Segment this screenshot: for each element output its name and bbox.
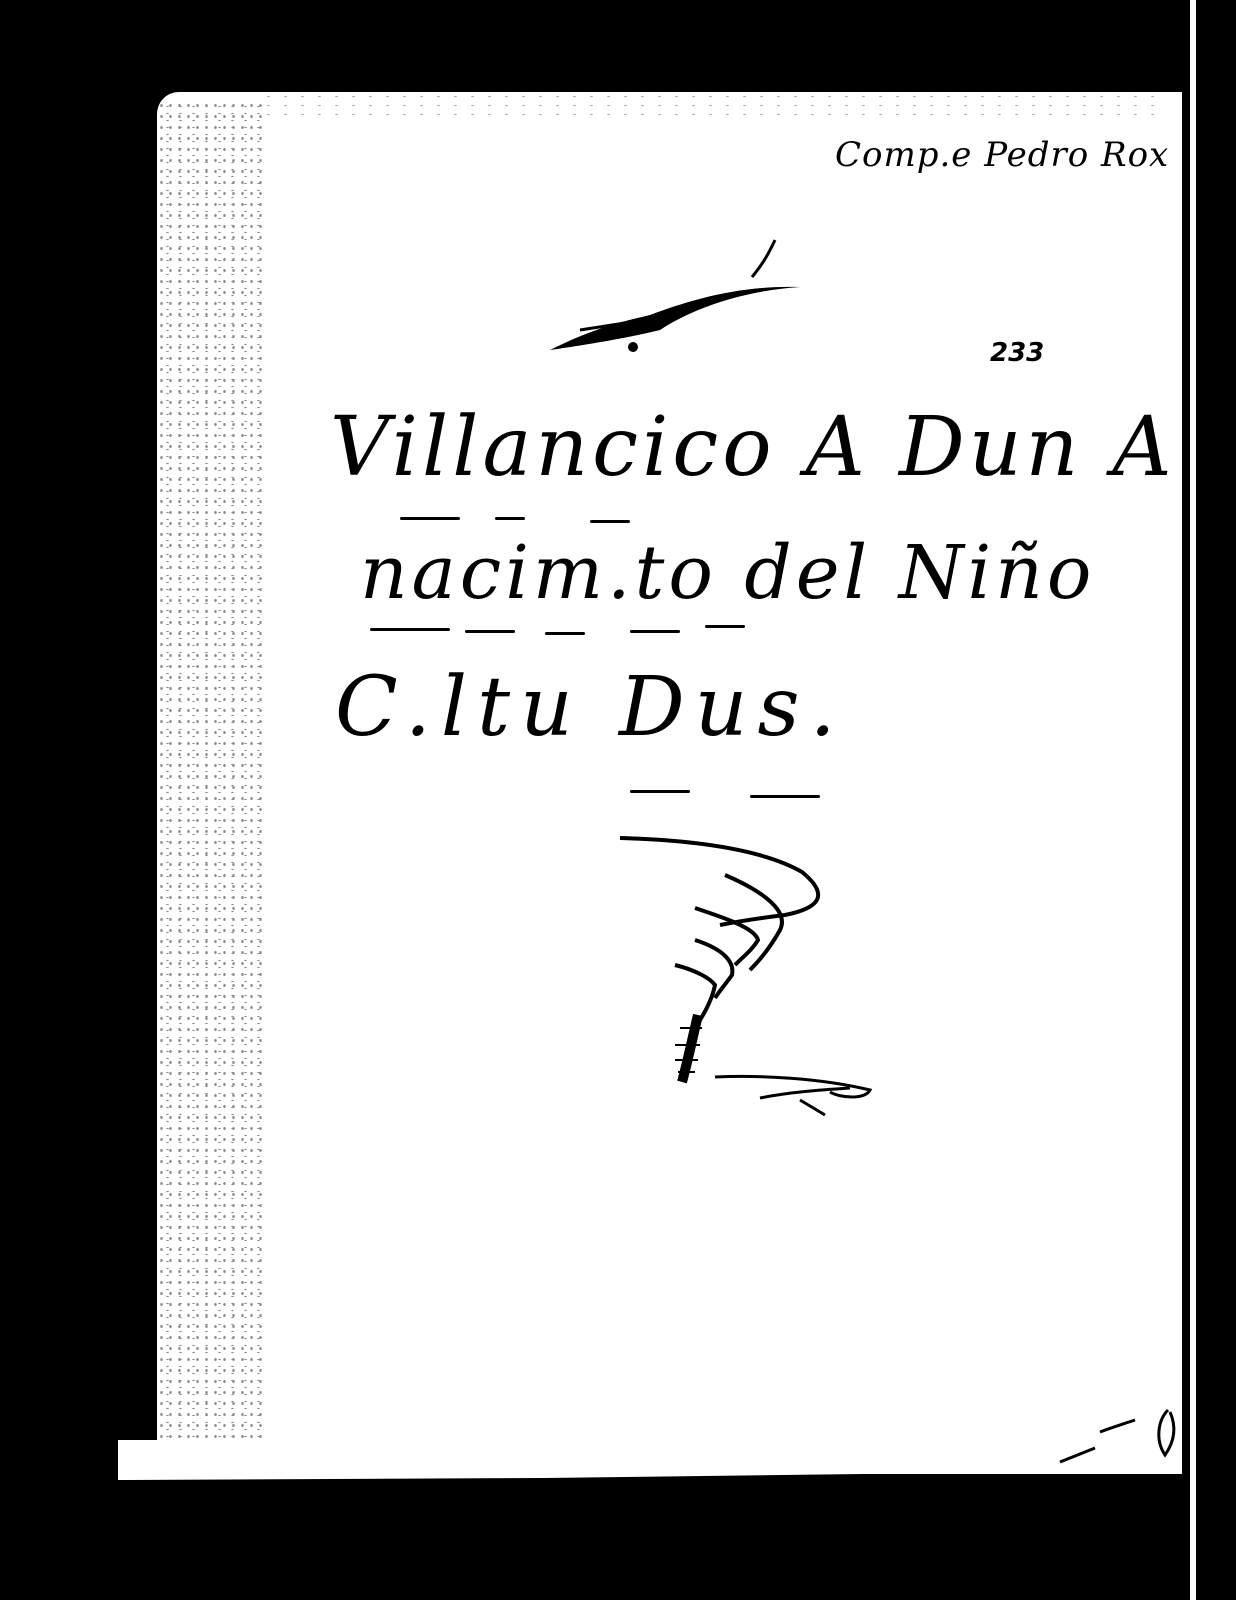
underline [630, 790, 690, 793]
page-bottom-edge [118, 1440, 1182, 1480]
spiral-flourish-icon [520, 800, 920, 1120]
scan-edge-inner [1196, 0, 1236, 1600]
underline [370, 628, 450, 631]
heading-line-2: nacim.to del Niño [360, 530, 1095, 616]
underline [400, 517, 460, 520]
underline [590, 520, 630, 523]
heading-line-1: Villancico A Dun A [330, 400, 1176, 495]
underline [750, 795, 820, 798]
underline [630, 630, 680, 633]
underline [545, 632, 585, 635]
bird-flourish-icon [540, 225, 810, 365]
underline [495, 517, 525, 520]
top-right-annotation: Comp.e Pedro Rox [835, 135, 1169, 175]
underline [465, 630, 515, 633]
underline [705, 625, 745, 628]
page-stain-left [157, 100, 267, 1440]
bottom-right-flourish-icon [1040, 1400, 1185, 1480]
scan-edge-bar [1182, 0, 1190, 1600]
heading-line-3: C.ltu Dus. [335, 660, 846, 755]
page-number: 233 [990, 338, 1044, 368]
page-stain-top [260, 92, 1160, 122]
